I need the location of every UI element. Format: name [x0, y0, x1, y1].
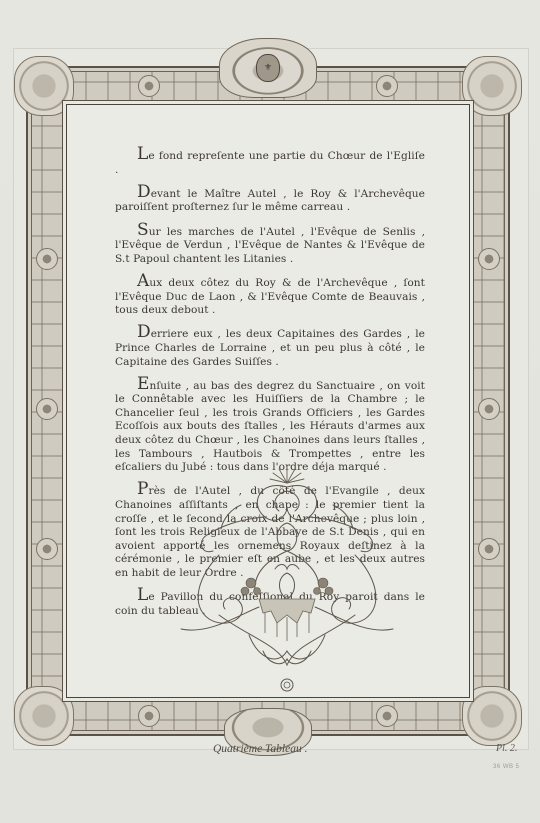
drop-initial: D [137, 322, 151, 342]
bottom-rosette-icon [138, 705, 160, 727]
side-rosette-icon [478, 398, 500, 420]
drop-initial: L [137, 144, 148, 164]
fleur-de-lis-shield-icon: ⚜ [256, 54, 280, 82]
top-rosette-icon [138, 75, 160, 97]
archive-stamp: 36 WB 5 [493, 764, 520, 770]
paragraph: Le fond repreſente une partie du Chœur d… [115, 149, 425, 177]
paragraph-text: ur les marches de l'Autel , l'Evêque de … [115, 226, 425, 265]
side-rosette-icon [478, 248, 500, 270]
side-rosette-icon [36, 248, 58, 270]
paragraph-text: e fond repreſente une partie du Chœur de… [115, 150, 425, 176]
drop-initial: L [137, 585, 148, 605]
text-panel: Le fond repreſente une partie du Chœur d… [66, 104, 470, 698]
drop-initial: D [137, 182, 151, 202]
paragraph: Sur les marches de l'Autel , l'Evêque de… [115, 225, 425, 267]
side-rosette-icon [36, 538, 58, 560]
paper-sheet: Le fond repreſente une partie du Chœur d… [0, 0, 540, 823]
plate-number: Pl. 2. [496, 743, 517, 754]
drop-initial: P [137, 479, 149, 499]
paragraph: Derriere eux , les deux Capitaines des G… [115, 327, 425, 369]
paragraph-text: evant le Maître Autel , le Roy & l'Arche… [115, 188, 425, 214]
paragraph-text: ux deux côtez du Roy & de l'Archevêque ,… [115, 277, 425, 316]
side-rosette-icon [36, 398, 58, 420]
royal-crest: ⚜ [219, 38, 317, 98]
drop-initial: S [137, 220, 149, 240]
plate-caption-title: Quatrième Tableau . [213, 743, 307, 755]
paragraph: Enſuite , au bas des degrez du Sanctuair… [115, 379, 425, 475]
calligraphic-ornament-icon [179, 465, 395, 695]
paragraph-text: nſuite , au bas des degrez du Sanctuaire… [115, 380, 425, 474]
bottom-rosette-icon [376, 705, 398, 727]
drop-initial: E [137, 374, 149, 394]
ornamental-frame: Le fond repreſente une partie du Chœur d… [26, 66, 510, 736]
paragraph: Devant le Maître Autel , le Roy & l'Arch… [115, 187, 425, 215]
top-rosette-icon [376, 75, 398, 97]
side-rosette-icon [478, 538, 500, 560]
paragraph: Aux deux côtez du Roy & de l'Archevêque … [115, 276, 425, 318]
drop-initial: A [137, 271, 149, 291]
paragraph-text: erriere eux , les deux Capitaines des Ga… [115, 328, 425, 367]
